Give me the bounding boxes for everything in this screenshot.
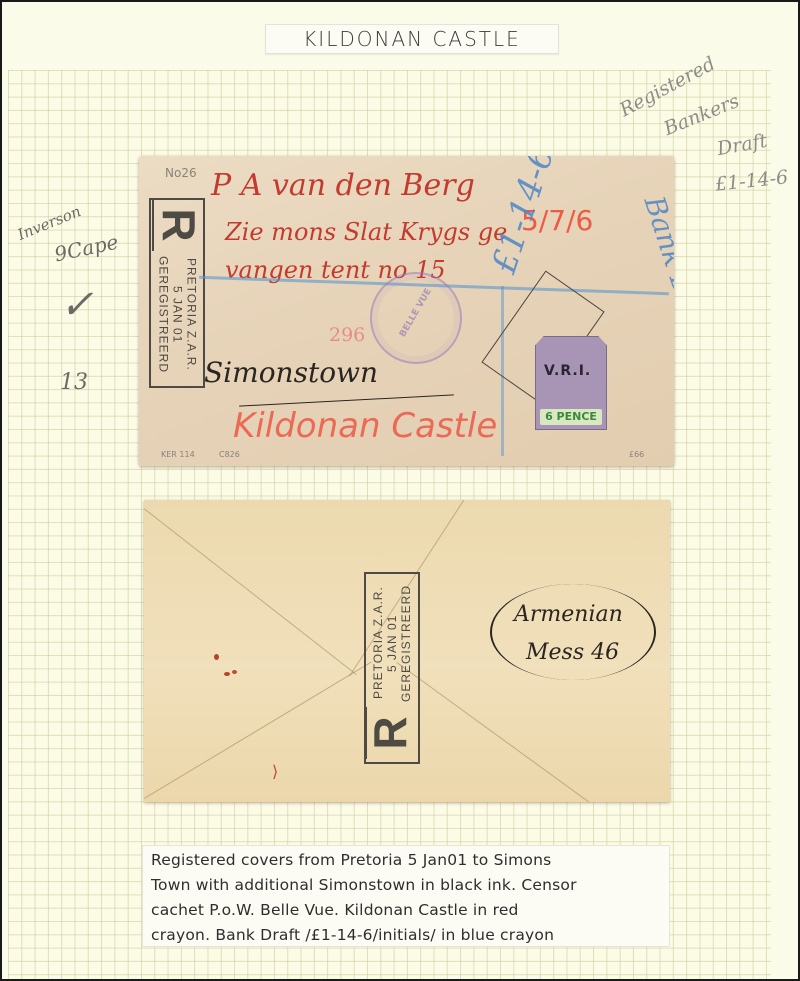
red-mark (224, 672, 230, 676)
ref-number: No26 (165, 166, 197, 180)
page-title: KILDONAN CASTLE (265, 24, 559, 54)
registration-line: PRETORIA Z.A.R. (185, 256, 198, 373)
flap-edge (144, 508, 357, 675)
cachet-text: BELLE VUE (390, 272, 443, 353)
pencil-ref: C826 (219, 450, 240, 459)
registration-line: GEREGISTREERD (157, 256, 170, 373)
manuscript-brackets (490, 584, 656, 680)
registration-r-icon: R (152, 199, 202, 251)
pencil-ref: KER 114 (161, 450, 195, 459)
pencil-note-left: Inverson 9Cape ✓ 13 (12, 202, 132, 412)
registration-line: 5 JAN 01 (386, 580, 399, 706)
pencil-note-line: Bankers (661, 90, 743, 140)
manuscript-line-1: Armenian (514, 602, 623, 627)
flap-edge (396, 662, 639, 802)
album-page: KILDONAN CASTLE Registered Bankers Draft… (0, 0, 800, 981)
pencil-note-line: 9Cape (52, 230, 120, 267)
caption-line: crayon. Bank Draft /£1-14-6/initials/ in… (151, 923, 661, 948)
stamp-overprint: V.R.I. (544, 363, 591, 379)
red-mark: ⟩ (272, 762, 278, 781)
manuscript-line-2: Mess 46 (526, 640, 619, 665)
caption-line: Town with additional Simonstown in black… (151, 873, 661, 898)
registration-box-back: PRETORIA Z.A.R. 5 JAN 01 GEREGISTREERD R (364, 572, 420, 764)
pencil-note-line: Draft (715, 130, 768, 160)
registration-line: PRETORIA Z.A.R. (372, 580, 385, 706)
postage-stamp: V.R.I. 6 PENCE (535, 336, 607, 430)
address-line-2: Zie mons Slat Krygs ge (225, 218, 507, 246)
check-mark-icon: ✓ (60, 282, 94, 328)
underline (239, 394, 454, 406)
registration-box: R GEREGISTREERD 5 JAN 01 PRETORIA Z.A.R. (149, 198, 205, 388)
caption-line: Registered covers from Pretoria 5 Jan01 … (151, 848, 661, 873)
red-number: 296 (329, 324, 365, 346)
caption-line: cachet P.o.W. Belle Vue. Kildonan Castle… (151, 898, 661, 923)
pencil-note-line: 13 (60, 370, 88, 395)
red-mark (232, 670, 237, 674)
address-town: Simonstown (204, 356, 378, 389)
pencil-note-line: £1-14-6 (714, 166, 789, 196)
blue-crayon-bank-draft: Bank Draft (638, 192, 674, 350)
address-ship: Kildonan Castle (233, 406, 497, 446)
cover-back: PRETORIA Z.A.R. 5 JAN 01 GEREGISTREERD R… (144, 500, 670, 802)
registration-r-icon: R (365, 707, 419, 759)
registration-line: GEREGISTREERD (400, 580, 413, 706)
address-line-1: P A van den Berg (211, 168, 475, 203)
stamp-value: 6 PENCE (540, 409, 602, 425)
registration-line: 5 JAN 01 (171, 256, 184, 373)
censor-cachet: BELLE VUE (370, 272, 462, 364)
caption-label: Registered covers from Pretoria 5 Jan01 … (142, 845, 670, 947)
flap-edge (144, 662, 372, 799)
red-mark (214, 654, 219, 660)
cover-front: No26 R GEREGISTREERD 5 JAN 01 PRETORIA Z… (139, 156, 674, 466)
pencil-ref: £66 (629, 450, 644, 459)
